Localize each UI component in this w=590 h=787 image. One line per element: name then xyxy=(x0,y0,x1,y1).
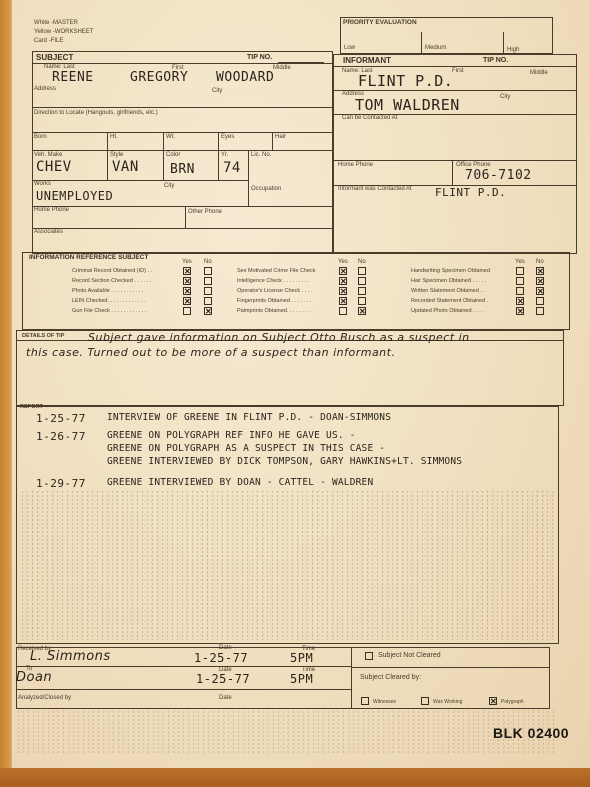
copy-card: Card -FILE xyxy=(34,38,63,44)
checkbox-yes[interactable] xyxy=(516,307,524,315)
check-item-label: Handwriting Specimen Obtained xyxy=(411,268,490,274)
checkbox-yes[interactable] xyxy=(183,297,191,305)
checkbox-no[interactable] xyxy=(358,307,366,315)
yes-header: Yes xyxy=(182,259,192,265)
report-entry-date: 1-26-77 xyxy=(36,430,86,443)
check-item-label: Sex Motivated Crime File Check xyxy=(237,268,316,274)
check-item-label: Photo Available . . . . . . . . . . . xyxy=(72,288,143,294)
vehicle-make[interactable]: CHEV xyxy=(36,159,72,175)
checkbox-yes[interactable] xyxy=(183,277,191,285)
vehicle-year[interactable]: 74 xyxy=(223,160,241,176)
check-item-label: Written Statement Obtained . . xyxy=(411,288,485,294)
no-header: No xyxy=(536,259,544,265)
checkbox-yes[interactable] xyxy=(516,297,524,305)
subject-title: SUBJECT xyxy=(36,53,73,62)
informant-contacted-at[interactable]: FLINT P.D. xyxy=(435,186,506,199)
details-line-1: Subject gave information on Subject Otto… xyxy=(88,331,470,344)
report-entry-text: GREENE INTERVIEWED BY DICK TOMPSON, GARY… xyxy=(107,456,462,467)
yes-header: Yes xyxy=(338,259,348,265)
cleared-by-label: Witnesses xyxy=(373,699,396,705)
check-item-label: Intelligence Check . . . . . . . . . xyxy=(237,278,309,284)
assigned-date[interactable]: 1-25-77 xyxy=(196,672,250,686)
subject-tip-no-label: TIP NO. xyxy=(247,54,272,61)
check-item-label: Fingerprints Obtained . . . . . . . xyxy=(237,298,311,304)
info-reference-title: INFORMATION REFERENCE SUBJECT xyxy=(29,254,148,261)
checkbox-yes[interactable] xyxy=(516,277,524,285)
received-time[interactable]: 5PM xyxy=(290,651,313,665)
check-item-label: Hair Specimen Obtained . . . . . xyxy=(411,278,486,284)
checkbox-no[interactable] xyxy=(536,307,544,315)
checkbox-no[interactable] xyxy=(358,287,366,295)
copy-white: White -MASTER xyxy=(34,20,78,26)
checkbox-no[interactable] xyxy=(536,267,544,275)
checkbox-no[interactable] xyxy=(204,267,212,275)
check-item-label: Recorded Statement Obtained . xyxy=(411,298,488,304)
checkbox-no[interactable] xyxy=(358,297,366,305)
vehicle-color[interactable]: BRN xyxy=(170,162,195,177)
checkbox-yes[interactable] xyxy=(183,287,191,295)
report-entry-date: 1-25-77 xyxy=(36,412,86,425)
checkbox-yes[interactable] xyxy=(516,287,524,295)
priority-low[interactable]: Low xyxy=(344,45,355,51)
checkbox-yes[interactable] xyxy=(183,307,191,315)
cleared-by-polygraph-checkbox[interactable] xyxy=(489,697,497,705)
report-entry-date: 1-29-77 xyxy=(36,477,86,490)
wood-surface xyxy=(0,768,590,787)
check-item-label: Updated Photo Obtained . . . . xyxy=(411,308,484,314)
subject-first-name[interactable]: GREGORY xyxy=(130,70,188,85)
no-header: No xyxy=(358,259,366,265)
report-entry-text: GREENE ON POLYGRAPH REF INFO HE GAVE US.… xyxy=(107,430,356,441)
priority-evaluation-title: PRIORITY EVALUATION xyxy=(343,19,417,26)
checkbox-no[interactable] xyxy=(204,307,212,315)
check-item-label: Record Section Checked . . . . . . xyxy=(72,278,151,284)
details-of-tip-label: DETAILS OF TIP xyxy=(22,333,64,339)
vehicle-style[interactable]: VAN xyxy=(112,159,139,175)
assigned-to[interactable]: Doan xyxy=(16,670,52,685)
report-entry-text: GREENE INTERVIEWED BY DOAN - CATTEL - WA… xyxy=(107,477,373,488)
cleared-by-label: Was Working xyxy=(433,699,462,705)
check-item-label: LEIN Checked. . . . . . . . . . . . . xyxy=(72,298,146,304)
checkbox-yes[interactable] xyxy=(339,307,347,315)
checkbox-no[interactable] xyxy=(204,287,212,295)
check-item-label: Palmprints Obtained. . . . . . . . xyxy=(237,308,310,314)
check-item-label: Operator's License Check . . . . xyxy=(237,288,312,294)
checkbox-yes[interactable] xyxy=(339,287,347,295)
checkbox-yes[interactable] xyxy=(339,267,347,275)
cleared-by-label: Polygraph xyxy=(501,699,524,705)
yes-header: Yes xyxy=(515,259,525,265)
informant-office-phone[interactable]: 706-7102 xyxy=(465,168,532,183)
checkbox-yes[interactable] xyxy=(516,267,524,275)
checkbox-no[interactable] xyxy=(204,277,212,285)
check-item-label: Criminal Record Obtained (ID) . . xyxy=(72,268,152,274)
informant-title: INFORMANT xyxy=(343,56,391,65)
checkbox-no[interactable] xyxy=(536,287,544,295)
document-id-stamp: BLK 02400 xyxy=(493,725,569,741)
report-entry-text: INTERVIEW OF GREENE IN FLINT P.D. - DOAN… xyxy=(107,412,391,423)
subject-not-cleared-checkbox[interactable] xyxy=(365,652,373,660)
assigned-time[interactable]: 5PM xyxy=(290,672,313,686)
report-entry-text: GREENE ON POLYGRAPH AS A SUSPECT IN THIS… xyxy=(107,443,385,454)
subject-middle-name[interactable]: WOODARD xyxy=(216,70,274,85)
checkbox-yes[interactable] xyxy=(183,267,191,275)
subject-cleared-by-label: Subject Cleared by: xyxy=(360,674,421,681)
subject-not-cleared-label: Subject Not Cleared xyxy=(378,652,441,659)
checkbox-no[interactable] xyxy=(536,297,544,305)
received-by[interactable]: L. Simmons xyxy=(30,649,111,664)
checkbox-no[interactable] xyxy=(536,277,544,285)
copy-yellow: Yellow -WORKSHEET xyxy=(34,29,93,35)
cleared-by-witnesses-checkbox[interactable] xyxy=(361,697,369,705)
photocopy-noise xyxy=(20,490,555,640)
subject-works[interactable]: UNEMPLOYED xyxy=(36,189,113,203)
checkbox-yes[interactable] xyxy=(339,277,347,285)
no-header: No xyxy=(204,259,212,265)
report-label: REPORT xyxy=(20,404,43,410)
informant-address[interactable]: TOM WALDREN xyxy=(355,96,460,114)
cleared-by-was-working-checkbox[interactable] xyxy=(421,697,429,705)
checkbox-no[interactable] xyxy=(358,267,366,275)
informant-tip-no-label: TIP NO. xyxy=(483,57,508,64)
priority-high[interactable]: High xyxy=(507,47,519,53)
checkbox-yes[interactable] xyxy=(339,297,347,305)
informant-name[interactable]: FLINT P.D. xyxy=(358,72,453,90)
received-date[interactable]: 1-25-77 xyxy=(194,651,248,665)
priority-medium[interactable]: Medium xyxy=(425,45,446,51)
check-item-label: Gun File Check . . . . . . . . . . . . xyxy=(72,308,147,314)
checkbox-no[interactable] xyxy=(204,297,212,305)
subject-last-name[interactable]: REENE xyxy=(52,70,94,85)
checkbox-no[interactable] xyxy=(358,277,366,285)
details-line-2: this case. Turned out to be more of a su… xyxy=(26,346,395,359)
